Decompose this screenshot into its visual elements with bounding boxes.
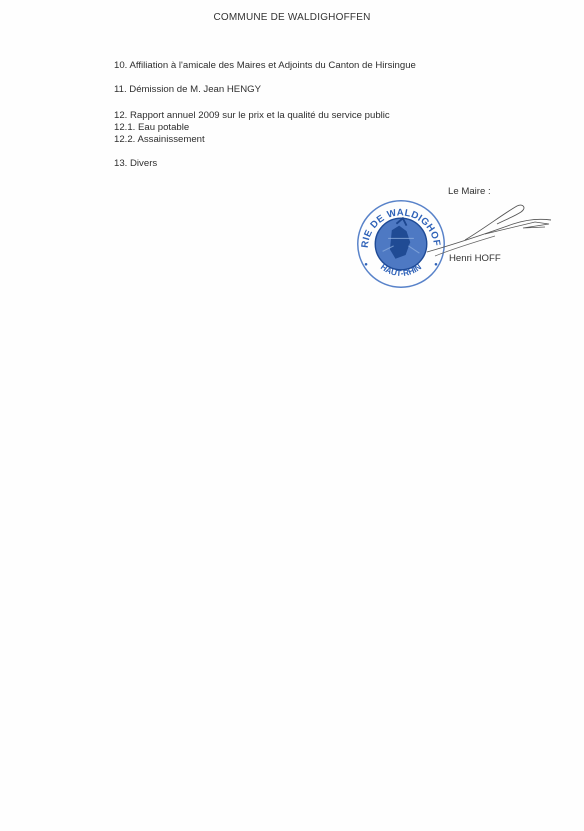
page-header: COMMUNE DE WALDIGHOFFEN	[0, 12, 584, 23]
signoff-title: Le Maire :	[448, 186, 491, 197]
signature-icon	[425, 200, 555, 260]
signoff-name: Henri HOFF	[449, 253, 501, 264]
agenda-item-10: 10. Affiliation à l'amicale des Maires e…	[114, 60, 416, 71]
agenda-item-13: 13. Divers	[114, 158, 157, 169]
agenda-item-11: 11. Démission de M. Jean HENGY	[114, 84, 261, 95]
agenda-item-12-2: 12.2. Assainissement	[114, 134, 205, 145]
agenda-item-12: 12. Rapport annuel 2009 sur le prix et l…	[114, 110, 390, 121]
agenda-item-12-1: 12.1. Eau potable	[114, 122, 189, 133]
document-page: COMMUNE DE WALDIGHOFFEN 10. Affiliation …	[0, 0, 584, 831]
